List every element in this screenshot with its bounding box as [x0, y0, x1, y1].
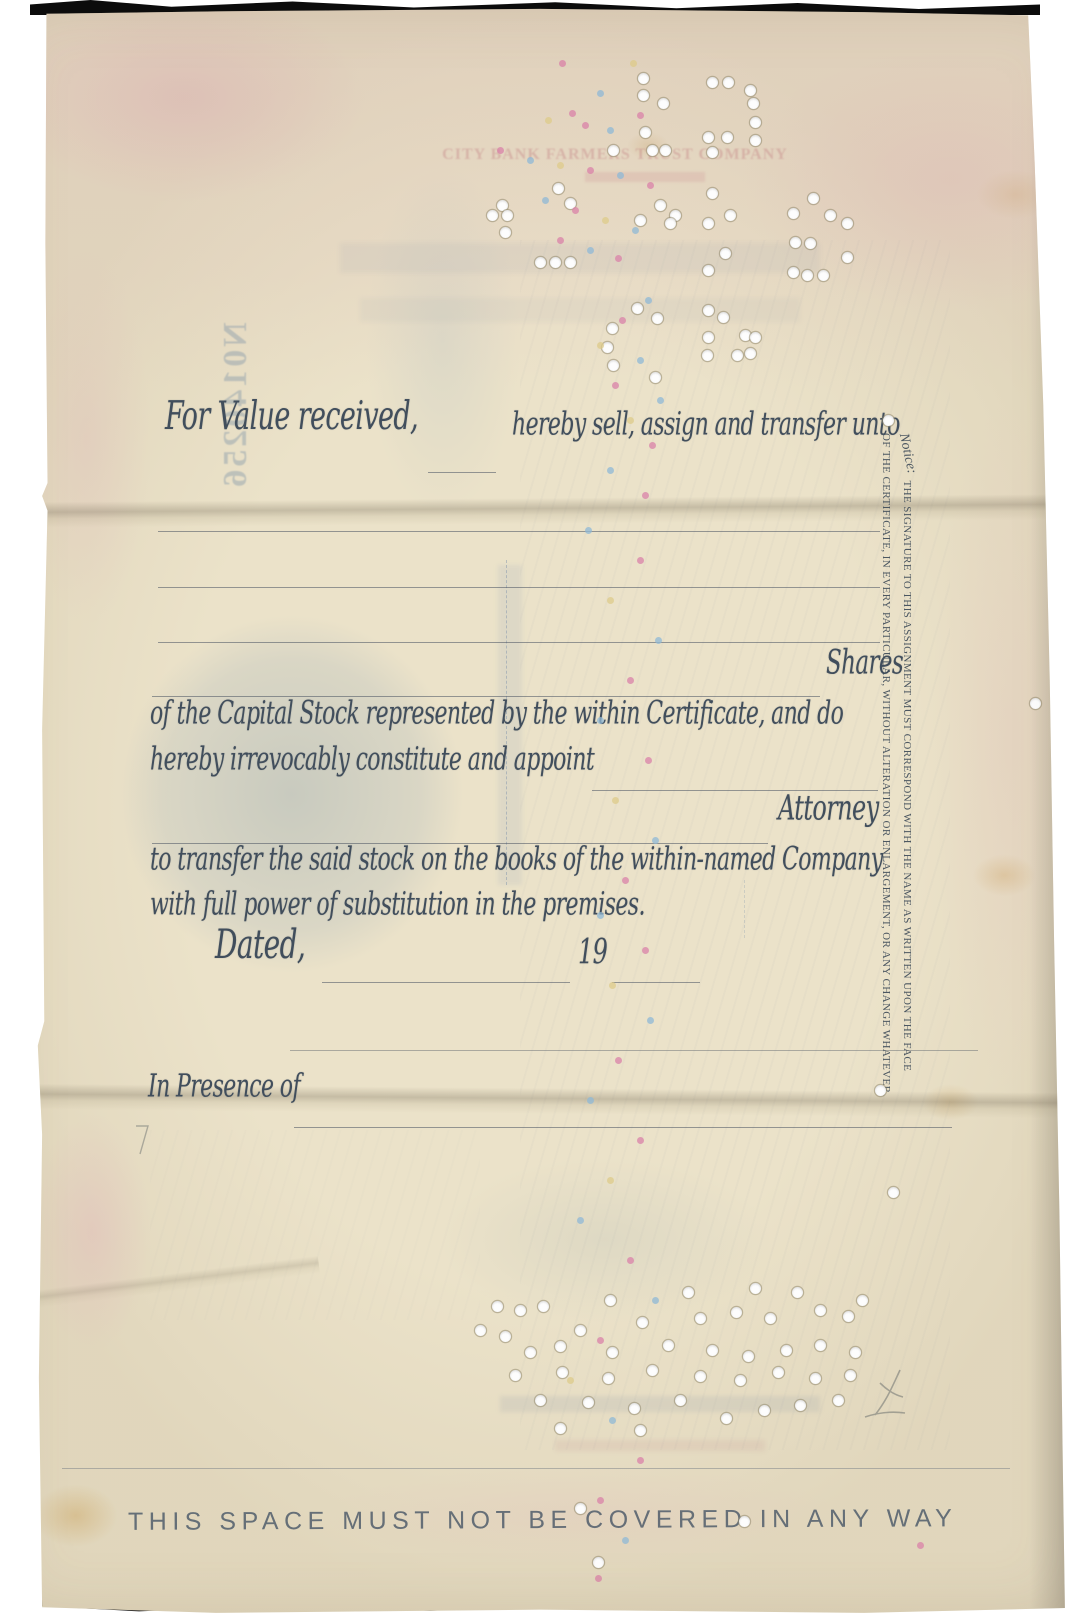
- confetti-dot: [637, 557, 644, 564]
- confetti-dot: [652, 1297, 659, 1304]
- confetti-dot: [632, 227, 639, 234]
- punch-hole: [748, 98, 759, 109]
- confetti-dot: [607, 467, 614, 474]
- punch-hole: [808, 193, 819, 204]
- confetti-dot: [615, 255, 622, 262]
- blank-line: [158, 531, 880, 532]
- punch-hole: [743, 1351, 754, 1362]
- attorney-label: Attorney: [778, 787, 879, 828]
- punch-hole: [555, 1423, 566, 1434]
- blank-line: [158, 642, 880, 643]
- punch-hole: [818, 270, 829, 281]
- capital-stock-line: of the Capital Stock represented by the …: [150, 696, 843, 732]
- assignment-opening-text: For Value received,: [165, 394, 418, 439]
- confetti-dot: [572, 207, 579, 214]
- certificate-paper: CITY BANK FARMERS TRUST COMPANY N0140256…: [0, 0, 1080, 1621]
- punch-hole: [759, 1405, 770, 1416]
- confetti-dot: [655, 637, 662, 644]
- confetti-dot: [612, 382, 619, 389]
- punch-hole: [640, 127, 651, 138]
- punch-hole: [773, 1367, 784, 1378]
- punch-hole: [875, 1085, 886, 1096]
- punch-hole: [815, 1305, 826, 1316]
- punch-hole: [593, 1557, 604, 1568]
- punch-hole: [638, 73, 649, 84]
- punch-hole: [575, 1503, 586, 1514]
- punch-hole: [500, 1331, 511, 1342]
- confetti-dot: [619, 317, 626, 324]
- bleedthrough-text-bar: [500, 1396, 820, 1412]
- punch-hole: [707, 188, 718, 199]
- punch-hole: [888, 1187, 899, 1198]
- punch-hole: [475, 1325, 486, 1336]
- confetti-dot: [577, 1217, 584, 1224]
- confetti-dot: [642, 492, 649, 499]
- confetti-dot: [637, 112, 644, 119]
- transfer-line: to transfer the said stock on the books …: [150, 842, 883, 878]
- confetti-dot: [637, 357, 644, 364]
- punch-hole: [833, 1395, 844, 1406]
- confetti-dot: [602, 217, 609, 224]
- confetti-dot: [545, 117, 552, 124]
- signature-notice: Notice: THE SIGNATURE TO THIS ASSIGNMENT…: [875, 433, 918, 1168]
- punch-hole: [795, 1400, 806, 1411]
- punch-hole: [575, 1325, 586, 1336]
- confetti-dot: [567, 1377, 574, 1384]
- punch-hole: [637, 1317, 648, 1328]
- confetti-dot: [630, 60, 637, 67]
- punch-hole: [703, 265, 714, 276]
- punch-hole: [810, 1373, 821, 1384]
- punch-hole: [781, 1345, 792, 1356]
- confetti-dot: [627, 417, 634, 424]
- punch-hole: [515, 1305, 526, 1316]
- punch-hole: [825, 210, 836, 221]
- confetti-dot: [597, 1497, 604, 1504]
- punch-hole: [721, 1413, 732, 1424]
- confetti-dot: [647, 1017, 654, 1024]
- punch-hole: [608, 145, 619, 156]
- assignment-opening-rest: hereby sell, assign and transfer unto: [512, 407, 900, 443]
- punch-hole: [802, 270, 813, 281]
- power-line: with full power of substitution in the p…: [150, 887, 645, 923]
- bleedthrough-stamp-subline: [585, 172, 705, 182]
- confetti-dot: [637, 1137, 644, 1144]
- punch-hole: [583, 1397, 594, 1408]
- punch-hole: [663, 1340, 674, 1351]
- punch-hole: [635, 215, 646, 226]
- confetti-dot: [607, 1177, 614, 1184]
- punch-hole: [607, 1347, 618, 1358]
- punch-hole: [660, 145, 671, 156]
- confetti-dot: [612, 797, 619, 804]
- confetti-dot: [642, 947, 649, 954]
- punch-hole: [658, 98, 669, 109]
- footer-rule: [62, 1468, 1010, 1469]
- punch-hole: [842, 252, 853, 263]
- confetti-dot: [585, 527, 592, 534]
- bleedthrough-text-bar: [360, 298, 800, 322]
- bleedthrough-dashed-line: [744, 880, 745, 938]
- confetti-dot: [652, 837, 659, 844]
- confetti-dot: [917, 1542, 924, 1549]
- punch-hole: [843, 1311, 854, 1322]
- punch-hole: [535, 1395, 546, 1406]
- punch-hole: [652, 313, 663, 324]
- punch-hole: [695, 1371, 706, 1382]
- blank-line: [158, 587, 880, 588]
- punch-hole: [487, 210, 498, 221]
- witness-label: In Presence of: [148, 1069, 300, 1105]
- notice-line-2: OF THE CERTIFICATE, IN EVERY PARTICULAR,…: [875, 433, 896, 1168]
- punch-hole: [632, 303, 643, 314]
- handwriting-bleed-texture: [150, 1130, 480, 1320]
- punch-hole: [603, 1373, 614, 1384]
- confetti-dot: [557, 162, 564, 169]
- pencil-mark: [128, 1120, 158, 1160]
- punch-hole: [608, 360, 619, 371]
- confetti-dot: [597, 90, 604, 97]
- punch-hole: [550, 257, 561, 268]
- punch-hole: [857, 1295, 868, 1306]
- punch-hole: [555, 1341, 566, 1352]
- punch-hole: [635, 1425, 646, 1436]
- punch-hole: [735, 1375, 746, 1386]
- confetti-dot: [569, 110, 576, 117]
- scanned-stock-certificate-back: CITY BANK FARMERS TRUST COMPANY N0140256…: [0, 0, 1080, 1621]
- punch-hole: [745, 348, 756, 359]
- punch-hole: [647, 145, 658, 156]
- confetti-dot: [597, 342, 604, 349]
- punch-hole: [538, 1301, 549, 1312]
- confetti-dot: [597, 912, 604, 919]
- confetti-dot: [582, 122, 589, 129]
- year-prefix: 19: [578, 931, 607, 972]
- confetti-dot: [607, 127, 614, 134]
- punch-hole: [731, 1307, 742, 1318]
- punch-hole: [722, 132, 733, 143]
- confetti-dot: [649, 442, 656, 449]
- punch-hole: [842, 218, 853, 229]
- bleedthrough-text-bar: [340, 243, 820, 273]
- punch-hole: [720, 248, 731, 259]
- confetti-dot: [587, 167, 594, 174]
- confetti-dot: [557, 237, 564, 244]
- confetti-dot: [597, 717, 604, 724]
- confetti-dot: [542, 197, 549, 204]
- punch-hole: [675, 1395, 686, 1406]
- confetti-dot: [645, 757, 652, 764]
- punch-hole: [805, 238, 816, 249]
- confetti-dot: [595, 1575, 602, 1582]
- confetti-dot: [587, 247, 594, 254]
- blank-date: [322, 982, 570, 983]
- punch-hole: [707, 147, 718, 158]
- confetti-dot: [587, 1097, 594, 1104]
- fold-crease: [0, 1256, 320, 1313]
- punch-hole: [732, 350, 743, 361]
- punch-hole: [492, 1301, 503, 1312]
- confetti-dot: [645, 297, 652, 304]
- punch-hole: [565, 257, 576, 268]
- punch-hole: [695, 1313, 706, 1324]
- punch-hole: [510, 1370, 521, 1381]
- confetti-dot: [622, 1537, 629, 1544]
- confetti-dot: [609, 982, 616, 989]
- punch-hole: [850, 1347, 861, 1358]
- confetti-dot: [607, 597, 614, 604]
- punch-hole: [557, 1367, 568, 1378]
- punch-hole: [605, 1295, 616, 1306]
- punch-hole: [723, 77, 734, 88]
- punch-hole: [607, 323, 618, 334]
- punch-hole: [655, 200, 666, 211]
- punch-hole: [845, 1370, 856, 1381]
- punch-hole: [788, 267, 799, 278]
- confetti-dot: [615, 1057, 622, 1064]
- confetti-dot: [617, 172, 624, 179]
- punch-hole: [553, 183, 564, 194]
- punch-hole: [750, 1283, 761, 1294]
- notice-prefix: Notice:: [893, 431, 922, 476]
- punch-hole: [750, 135, 761, 146]
- punch-hole: [745, 85, 756, 96]
- punch-hole: [707, 1345, 718, 1356]
- punch-hole: [638, 90, 649, 101]
- confetti-dot: [627, 677, 634, 684]
- paper-vignette: [0, 0, 1080, 1621]
- punch-hole: [647, 1365, 658, 1376]
- punch-hole: [750, 117, 761, 128]
- confetti-dot: [609, 1417, 616, 1424]
- punch-hole: [718, 312, 729, 323]
- punch-hole: [650, 372, 661, 383]
- punch-hole: [739, 1516, 750, 1527]
- fold-crease: [0, 494, 1080, 528]
- punch-hole: [703, 132, 714, 143]
- confetti-dot: [559, 60, 566, 67]
- confetti-dot: [597, 1337, 604, 1344]
- confetti-dot: [497, 147, 504, 154]
- punch-hole: [815, 1340, 826, 1351]
- appoint-line: hereby irrevocably constitute and appoin…: [150, 742, 594, 778]
- dated-label: Dated,: [215, 920, 305, 968]
- punch-hole: [788, 208, 799, 219]
- punch-hole: [792, 1287, 803, 1298]
- blank-year: [612, 982, 700, 983]
- punch-hole: [703, 305, 714, 316]
- punch-hole: [883, 415, 894, 426]
- confetti-dot: [657, 397, 664, 404]
- punch-hole: [629, 1403, 640, 1414]
- confetti-dot: [627, 1257, 634, 1264]
- punch-hole: [702, 350, 713, 361]
- blank-assignor: [428, 472, 496, 473]
- confetti-dot: [637, 1457, 644, 1464]
- blank-witness: [294, 1127, 952, 1128]
- punch-hole: [703, 218, 714, 229]
- punch-hole: [683, 1287, 694, 1298]
- notice-line-1: Notice: THE SIGNATURE TO THIS ASSIGNMENT…: [896, 433, 918, 1168]
- punch-hole: [500, 227, 511, 238]
- confetti-dot: [527, 157, 534, 164]
- punch-hole: [502, 210, 513, 221]
- confetti-dot: [622, 877, 629, 884]
- punch-hole: [750, 332, 761, 343]
- punch-hole: [790, 237, 801, 248]
- footer-caption: THIS SPACE MUST NOT BE COVERED IN ANY WA…: [128, 1504, 988, 1537]
- punch-hole: [765, 1313, 776, 1324]
- confetti-dot: [647, 182, 654, 189]
- punch-hole: [1030, 698, 1041, 709]
- bleedthrough-text-bar: [555, 1440, 765, 1451]
- punch-hole: [725, 210, 736, 221]
- punch-hole: [525, 1347, 536, 1358]
- punch-hole: [703, 332, 714, 343]
- punch-hole: [535, 257, 546, 268]
- punch-hole: [665, 218, 676, 229]
- punch-hole: [707, 77, 718, 88]
